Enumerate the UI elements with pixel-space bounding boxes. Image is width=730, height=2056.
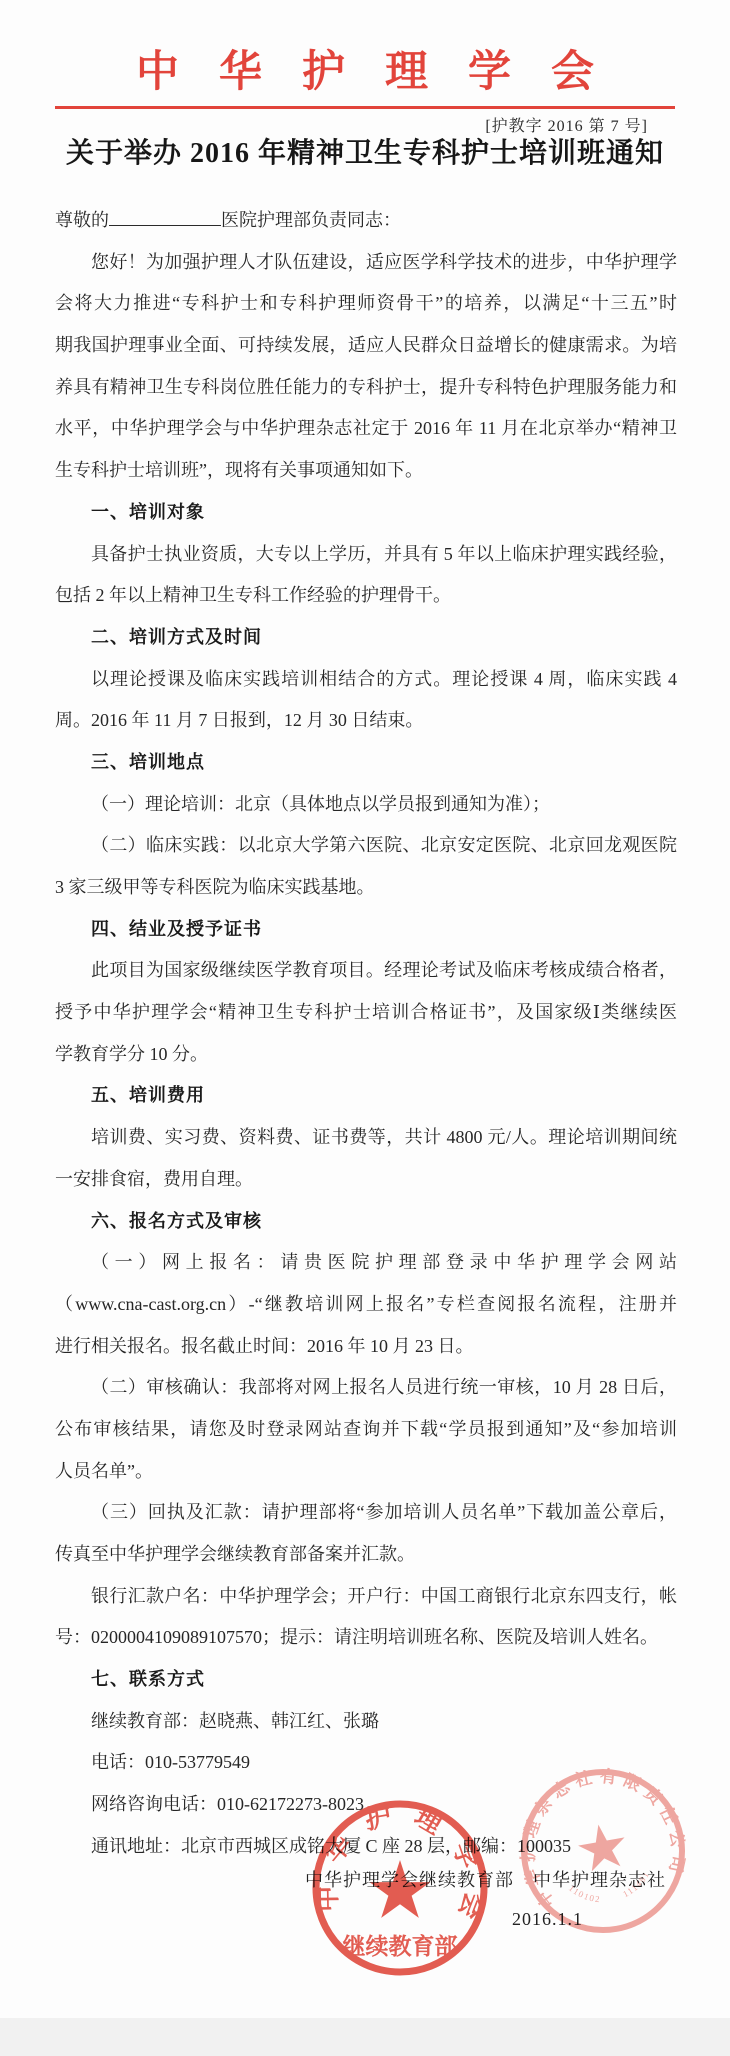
salutation-line: 尊敬的医院护理部负责同志： — [55, 200, 677, 242]
section-heading: 五、培训费用 — [55, 1075, 677, 1117]
notice-body: 尊敬的医院护理部负责同志： 您好！为加强护理人才队伍建设，适应医学科学技术的进步… — [55, 200, 677, 1868]
body-line: 您好！为加强护理人才队伍建设，适应医学科学技术的进步，中华护理学 — [55, 242, 677, 284]
body-line: 银行汇款户名：中华护理学会；开户行：中国工商银行北京东四支行，帐 — [55, 1576, 677, 1618]
body-line: 期我国护理事业全面、可持续发展，适应人民群众日益增长的健康需求。为培 — [55, 325, 677, 367]
body-line: 传真至中华护理学会继续教育部备案并汇款。 — [55, 1534, 677, 1576]
salutation-prefix: 尊敬的 — [55, 210, 109, 230]
scan-edge-strip — [0, 2018, 730, 2056]
body-line: 通讯地址：北京市西城区成铭大厦 C 座 28 层，邮编：100035 — [55, 1826, 677, 1868]
red-divider — [55, 106, 675, 109]
body-line: 此项目为国家级继续医学教育项目。经理论考试及临床考核成绩合格者， — [55, 950, 677, 992]
body-line: （三）回执及汇款：请护理部将“参加培训人员名单”下载加盖公章后， — [55, 1492, 677, 1534]
salutation-suffix: 医院护理部负责同志： — [221, 210, 401, 230]
body-line: 3 家三级甲等专科医院为临床实践基地。 — [55, 867, 677, 909]
notice-title: 关于举办 2016 年精神卫生专科护士培训班通知 — [0, 131, 730, 171]
body-line: 水平，中华护理学会与中华护理杂志社定于 2016 年 11 月在北京举办“精神卫 — [55, 408, 677, 450]
body-line: 网络咨询电话：010-62172273-8023 — [55, 1784, 677, 1826]
body-line: 继续教育部：赵晓燕、韩江红、张璐 — [55, 1701, 677, 1743]
body-line: 会将大力推进“专科护士和专科护理师资骨干”的培养，以满足“十三五”时 — [55, 283, 677, 325]
body-line: 养具有精神卫生专科岗位胜任能力的专科护士，提升专科特色护理服务能力和 — [55, 367, 677, 409]
stamp-bottom-text: 继续教育部 — [343, 1933, 458, 1959]
body-line: 一安排食宿，费用自理。 — [55, 1159, 677, 1201]
body-line: （二）临床实践：以北京大学第六医院、北京安定医院、北京回龙观医院 — [55, 825, 677, 867]
body-line: 以理论授课及临床实践培训相结合的方式。理论授课 4 周，临床实践 4 — [55, 659, 677, 701]
body-line: 号：0200004109089107570；提示：请注明培训班名称、医院及培训人… — [55, 1617, 677, 1659]
document-page: 中华护理学会 [护教字 2016 第 7 号] 关于举办 2016 年精神卫生专… — [0, 0, 730, 2056]
body-line: 具备护士执业资质，大专以上学历，并具有 5 年以上临床护理实践经验， — [55, 534, 677, 576]
section-heading: 三、培训地点 — [55, 742, 677, 784]
body-line: 周。2016 年 11 月 7 日报到，12 月 30 日结束。 — [55, 700, 677, 742]
body-line: 人员名单”。 — [55, 1451, 677, 1493]
section-heading: 一、培训对象 — [55, 492, 677, 534]
section-heading: 六、报名方式及审核 — [55, 1201, 677, 1243]
body-line: 生专科护士培训班”，现将有关事项通知如下。 — [55, 450, 677, 492]
signature-date: 2016.1.1 — [512, 1909, 583, 1930]
body-line: （一）理论培训：北京（具体地点以学员报到通知为准）； — [55, 784, 677, 826]
body-line: 培训费、实习费、资料费、证书费等，共计 4800 元/人。理论培训期间统 — [55, 1117, 677, 1159]
section-heading: 四、结业及授予证书 — [55, 909, 677, 951]
body-line: 授予中华护理学会“精神卫生专科护士培训合格证书”，及国家级Ⅰ类继续医 — [55, 992, 677, 1034]
body-line: 进行相关报名。报名截止时间：2016 年 10 月 23 日。 — [55, 1326, 677, 1368]
body-line: 电话：010-53779549 — [55, 1742, 677, 1784]
section-heading: 二、培训方式及时间 — [55, 617, 677, 659]
blank-underline — [109, 207, 221, 226]
body-line: （二）审核确认：我部将对网上报名人员进行统一审核，10 月 28 日后， — [55, 1367, 677, 1409]
section-heading: 七、联系方式 — [55, 1659, 677, 1701]
body-line: 学教育学分 10 分。 — [55, 1034, 677, 1076]
body-lines: 您好！为加强护理人才队伍建设，适应医学科学技术的进步，中华护理学会将大力推进“专… — [55, 242, 677, 1868]
body-line: 包括 2 年以上精神卫生专科工作经验的护理骨干。 — [55, 575, 677, 617]
body-line: 公布审核结果，请您及时登录网站查询并下载“学员报到通知”及“参加培训 — [55, 1409, 677, 1451]
signature-orgs: 中华护理学会继续教育部 中华护理杂志社 — [305, 1866, 666, 1894]
org-title: 中华护理学会 — [0, 38, 730, 99]
body-line: （一）网上报名：请贵医院护理部登录中华护理学会网站 — [55, 1242, 677, 1284]
body-line: （www.cna-cast.org.cn）-“继教培训网上报名”专栏查阅报名流程… — [55, 1284, 677, 1326]
